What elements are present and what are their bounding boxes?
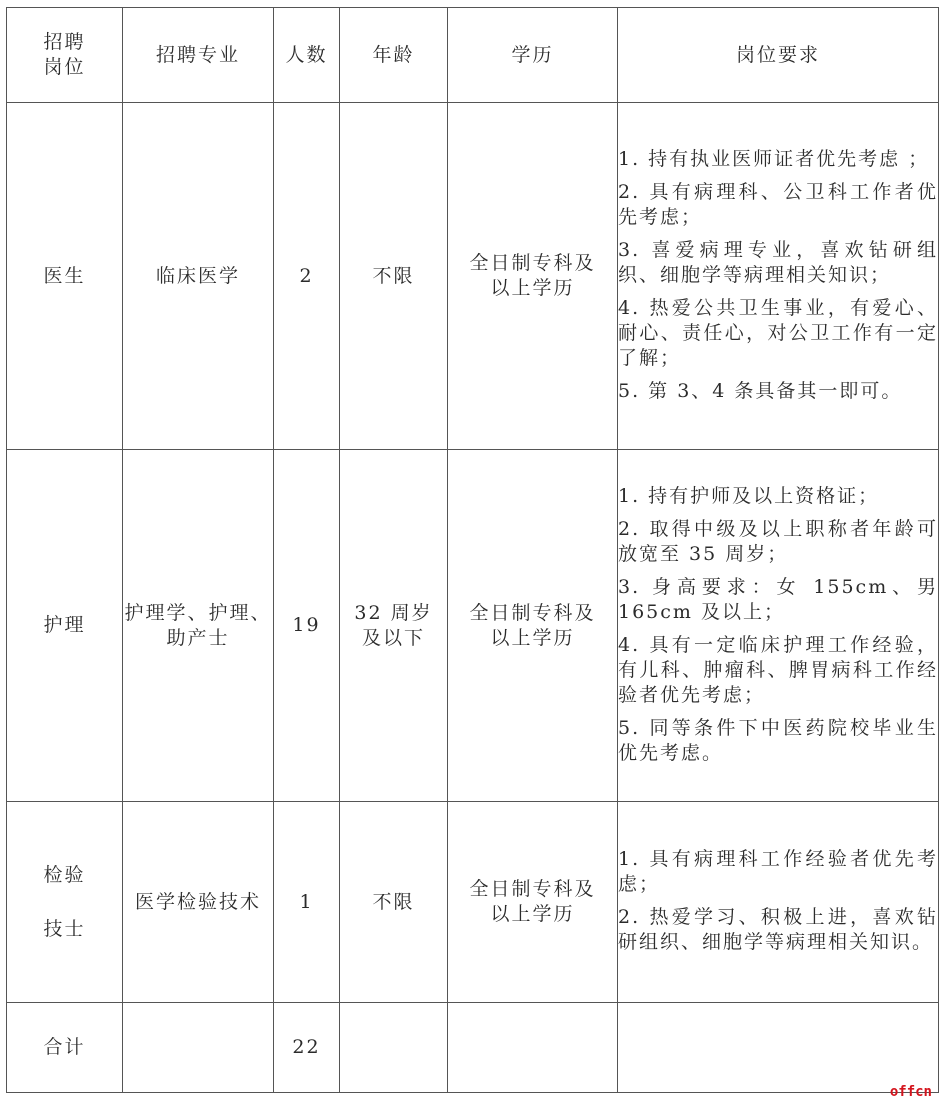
education-line2: 以上学历 [448, 626, 617, 651]
requirement-item: 2. 具有病理科、公卫科工作者优先考虑； [618, 180, 938, 230]
table-row: 医生 临床医学 2 不限 全日制专科及 以上学历 1. 持有执业医师证者优先考虑… [7, 103, 939, 450]
major-text: 医学检验技术 [123, 890, 273, 915]
major-line1: 护理学、护理、 [123, 601, 273, 626]
cell-age: 32 周岁 及以下 [340, 450, 448, 802]
requirement-item: 2. 热爱学习、积极上进，喜欢钻研组织、细胞学等病理相关知识。 [618, 905, 938, 955]
cell-position: 检验 技士 [7, 802, 123, 1003]
education-line1: 全日制专科及 [448, 877, 617, 902]
table-total-row: 合计 22 [7, 1003, 939, 1093]
recruitment-table: 招聘 岗位 招聘专业 人数 年龄 学历 岗位要求 医生 临床医学 2 不限 全日… [6, 7, 939, 1093]
age-line1: 32 周岁 [340, 601, 447, 626]
total-requirements [618, 1003, 939, 1093]
cell-requirements: 1. 持有护师及以上资格证； 2. 取得中级及以上职称者年龄可放宽至 35 周岁… [618, 450, 939, 802]
age-text: 不限 [340, 890, 447, 915]
requirement-item: 5. 同等条件下中医药院校毕业生优先考虑。 [618, 716, 938, 766]
watermark-logo: offcn [890, 1084, 932, 1100]
requirement-item: 2. 取得中级及以上职称者年龄可放宽至 35 周岁； [618, 517, 938, 567]
cell-education: 全日制专科及 以上学历 [448, 103, 618, 450]
table-header-row: 招聘 岗位 招聘专业 人数 年龄 学历 岗位要求 [7, 8, 939, 103]
education-line2: 以上学历 [448, 276, 617, 301]
education-line2: 以上学历 [448, 902, 617, 927]
cell-major: 临床医学 [123, 103, 274, 450]
cell-position: 护理 [7, 450, 123, 802]
requirement-item: 1. 具有病理科工作经验者优先考虑； [618, 847, 938, 897]
major-text: 临床医学 [123, 264, 273, 289]
requirement-item: 1. 持有护师及以上资格证； [618, 484, 938, 509]
cell-education: 全日制专科及 以上学历 [448, 802, 618, 1003]
header-education: 学历 [448, 8, 618, 103]
table-row: 护理 护理学、护理、 助产士 19 32 周岁 及以下 全日制专科及 以上学历 … [7, 450, 939, 802]
cell-major: 医学检验技术 [123, 802, 274, 1003]
requirement-item: 4. 热爱公共卫生事业，有爱心、耐心、责任心，对公卫工作有一定了解； [618, 296, 938, 371]
header-age: 年龄 [340, 8, 448, 103]
total-age [340, 1003, 448, 1093]
requirement-item: 3. 身高要求：女 155cm、男 165cm 及以上； [618, 575, 938, 625]
cell-count: 1 [274, 802, 340, 1003]
cell-count: 19 [274, 450, 340, 802]
header-position-line2: 岗位 [7, 55, 122, 80]
header-requirements: 岗位要求 [618, 8, 939, 103]
total-label: 合计 [7, 1003, 123, 1093]
cell-age: 不限 [340, 103, 448, 450]
position-line1: 检验 [7, 848, 122, 902]
education-line1: 全日制专科及 [448, 251, 617, 276]
requirement-item: 5. 第 3、4 条具备其一即可。 [618, 379, 938, 404]
age-line2: 及以下 [340, 626, 447, 651]
cell-position: 医生 [7, 103, 123, 450]
cell-count: 2 [274, 103, 340, 450]
major-line2: 助产士 [123, 626, 273, 651]
header-position: 招聘 岗位 [7, 8, 123, 103]
requirement-item: 4. 具有一定临床护理工作经验，有儿科、肿瘤科、脾胃病科工作经验者优先考虑； [618, 633, 938, 708]
position-text: 医生 [7, 264, 122, 289]
header-count: 人数 [274, 8, 340, 103]
requirement-item: 3. 喜爱病理专业，喜欢钻研组织、细胞学等病理相关知识； [618, 238, 938, 288]
requirement-item: 1. 持有执业医师证者优先考虑 ； [618, 147, 938, 172]
position-text: 护理 [7, 613, 122, 638]
cell-education: 全日制专科及 以上学历 [448, 450, 618, 802]
total-count: 22 [274, 1003, 340, 1093]
header-major: 招聘专业 [123, 8, 274, 103]
cell-major: 护理学、护理、 助产士 [123, 450, 274, 802]
position-line2: 技士 [7, 902, 122, 956]
table-row: 检验 技士 医学检验技术 1 不限 全日制专科及 以上学历 1. 具有病理科工作… [7, 802, 939, 1003]
header-position-line1: 招聘 [7, 30, 122, 55]
cell-age: 不限 [340, 802, 448, 1003]
total-major [123, 1003, 274, 1093]
education-line1: 全日制专科及 [448, 601, 617, 626]
cell-requirements: 1. 具有病理科工作经验者优先考虑； 2. 热爱学习、积极上进，喜欢钻研组织、细… [618, 802, 939, 1003]
cell-requirements: 1. 持有执业医师证者优先考虑 ； 2. 具有病理科、公卫科工作者优先考虑； 3… [618, 103, 939, 450]
age-text: 不限 [340, 264, 447, 289]
total-education [448, 1003, 618, 1093]
